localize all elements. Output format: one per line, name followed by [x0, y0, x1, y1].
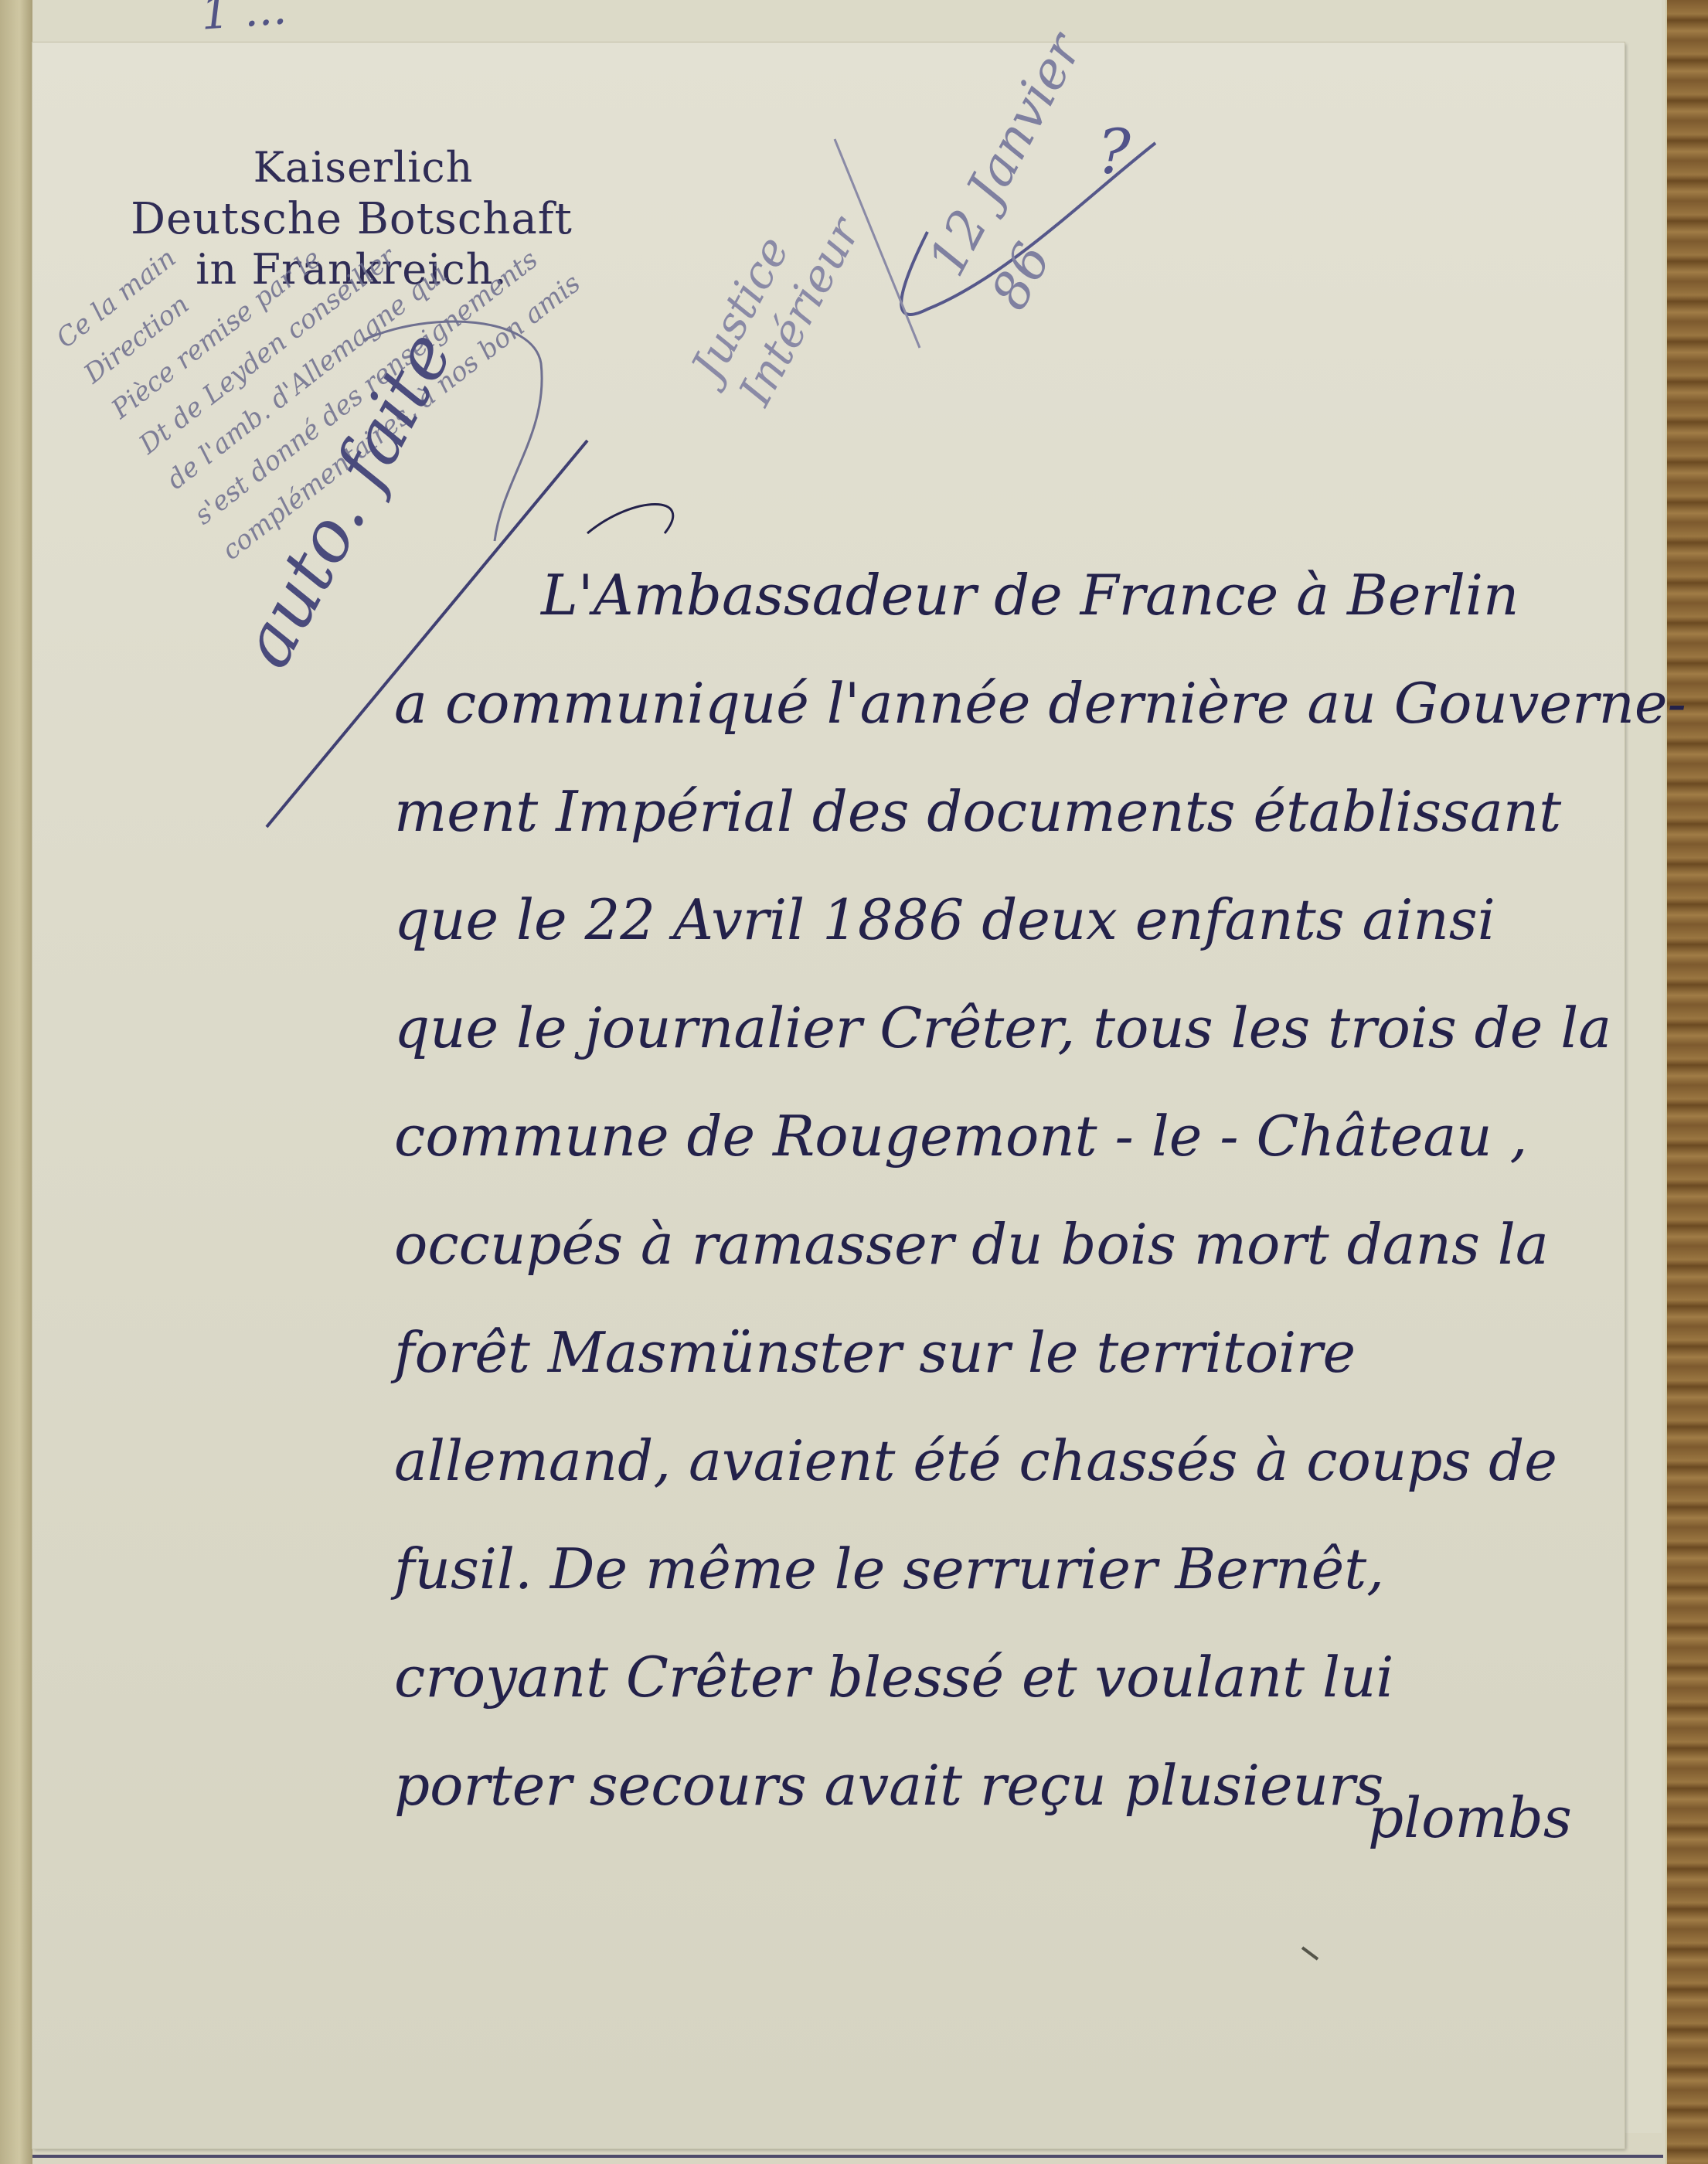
page-bottom-edge [32, 2155, 1663, 2158]
body-line: allemand, avaient été chassés à coups de [394, 1407, 1600, 1515]
body-line: commune de Rougemont - le - Château , [394, 1082, 1600, 1190]
body-line: croyant Crêter blessé et voulant lui [394, 1623, 1600, 1731]
catchword: plombs [1368, 1785, 1572, 1850]
body-line: que le journalier Crêter, tous les trois… [394, 974, 1600, 1082]
body-line: ment Impérial des documents établissant [394, 757, 1600, 866]
body-line: a communiqué l'année dernière au Gouvern… [394, 649, 1600, 757]
body-line: que le 22 Avril 1886 deux enfants ainsi [394, 866, 1600, 974]
body-line: fusil. De même le serrurier Bernêt, [394, 1515, 1600, 1623]
folder-edge [0, 0, 32, 2164]
body-line: occupés à ramasser du bois mort dans la [394, 1190, 1600, 1298]
body-line: forêt Masmünster sur le territoire [394, 1298, 1600, 1407]
letter-body: L'Ambassadeur de France à Berlin a commu… [394, 541, 1600, 1839]
top-scribble: 1 ... [199, 0, 288, 40]
body-line: L'Ambassadeur de France à Berlin [394, 541, 1600, 649]
question-mark-annotation: ? [1097, 116, 1131, 188]
